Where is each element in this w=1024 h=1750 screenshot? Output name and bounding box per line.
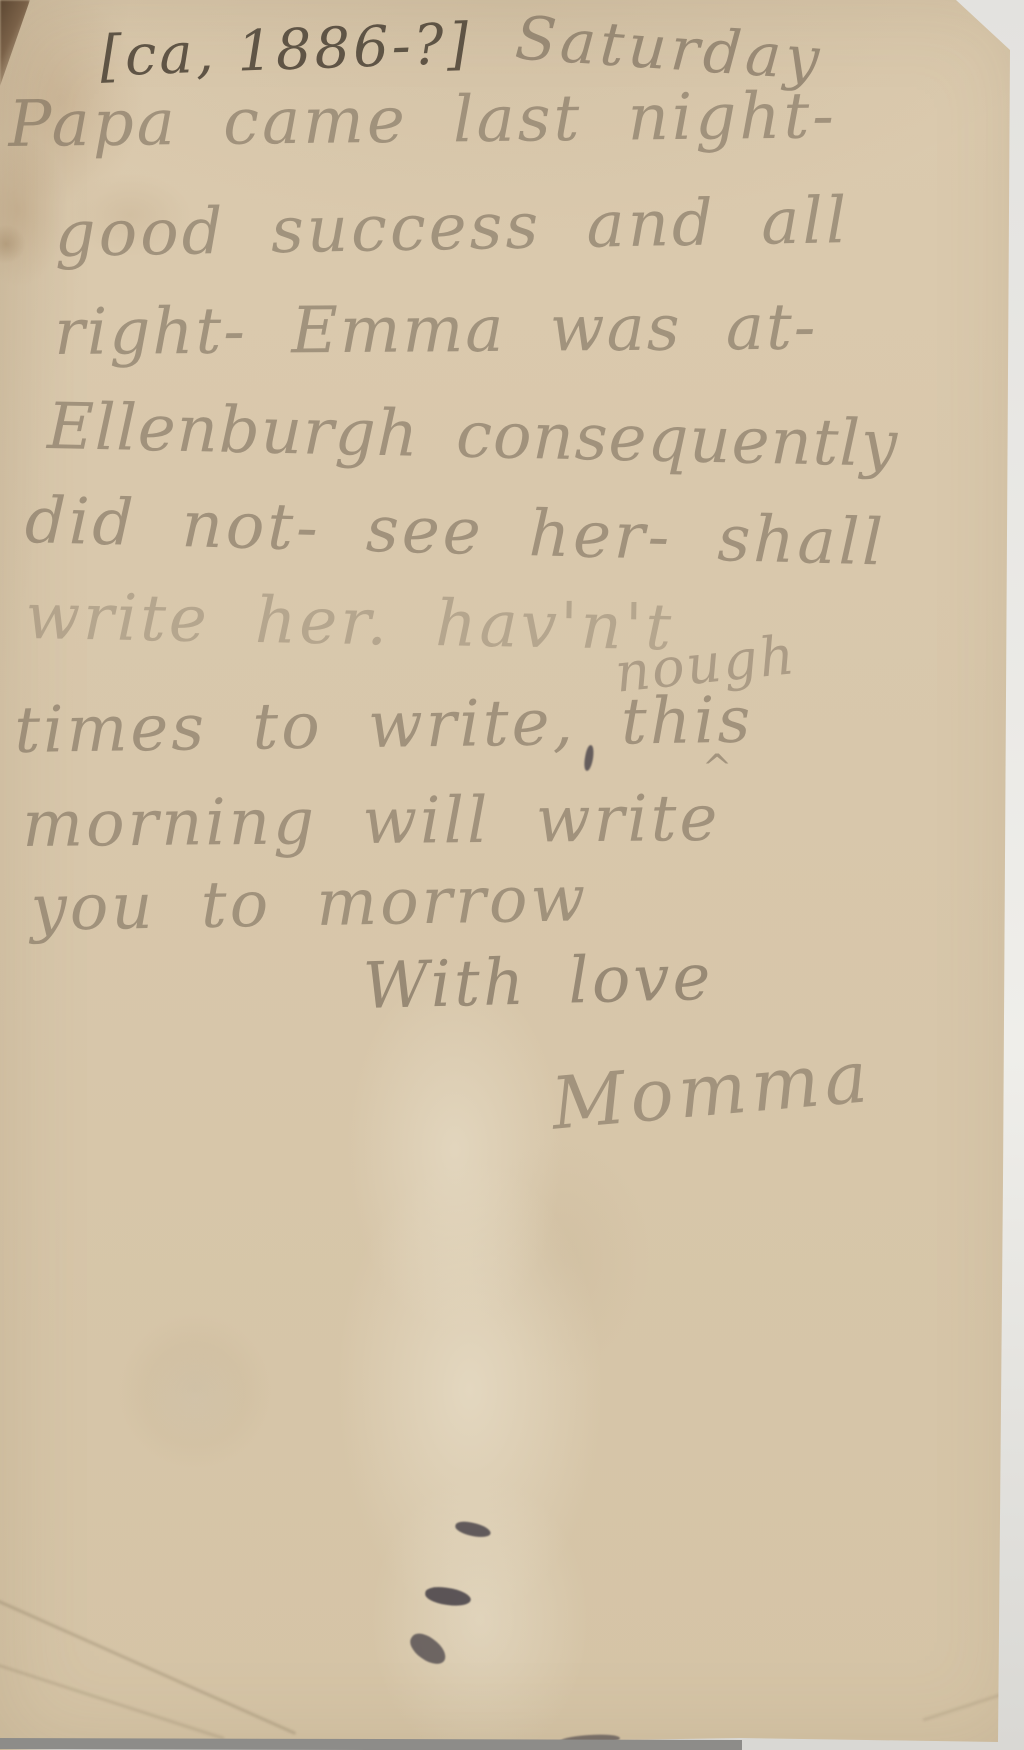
- letter-line-3: right- Emma was at-: [54, 291, 818, 370]
- letter-line-7: times to write, this: [14, 684, 754, 768]
- letter-line-6: write her. hav'n't: [25, 580, 675, 665]
- letter-line-9: you to morrow: [30, 862, 589, 946]
- closing-with-love: With love: [362, 941, 714, 1024]
- ink-smudge: [405, 1629, 450, 1670]
- signature-momma: Momma: [548, 1034, 876, 1146]
- date-row: [ca, 1886-?] Saturday: [100, 14, 824, 84]
- letter-line-5: did not- see her- shall: [24, 484, 887, 581]
- paper-crease: [0, 1663, 225, 1740]
- torn-corner-top-left: [0, 0, 30, 86]
- scan-background-strip: [0, 1738, 742, 1750]
- postcard-scan: [ca, 1886-?] Saturday Papa came last nig…: [0, 0, 1024, 1750]
- letter-line-2: good success and all: [54, 184, 850, 272]
- letter-line-4: Ellenburgh consequently: [46, 390, 898, 482]
- letter-line-1: Papa came last night-: [8, 79, 837, 162]
- paper-crease: [922, 1682, 1024, 1722]
- letter-line-8: morning will write: [22, 782, 721, 862]
- ink-smudge: [424, 1585, 472, 1608]
- ink-smudge: [454, 1519, 492, 1539]
- scanned-letter-page: { "colors": { "paper": "#d8c7ab", "penci…: [0, 0, 1024, 1750]
- archivist-date-annotation: [ca, 1886-?]: [99, 12, 473, 90]
